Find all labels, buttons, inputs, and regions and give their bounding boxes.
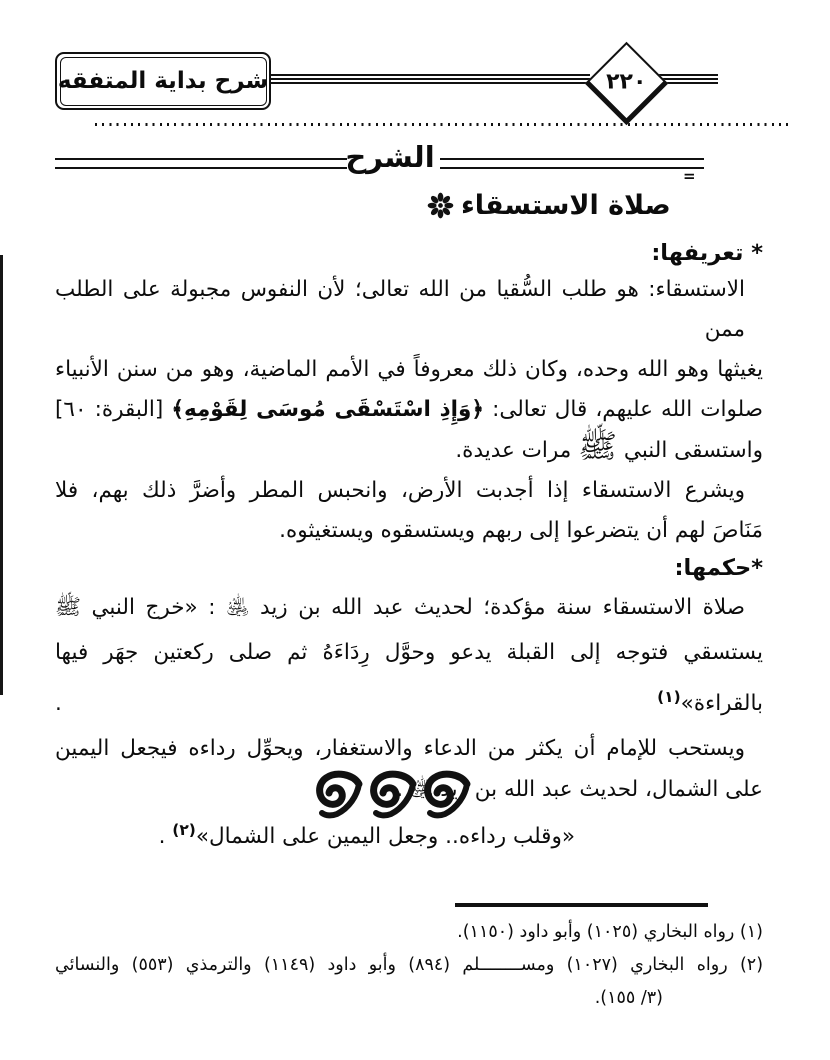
swirl-icon — [320, 774, 359, 815]
verse-reference: [البقرة: ٦٠] — [55, 397, 171, 422]
chapter-title: صلاة الاستسقاء — [461, 190, 671, 221]
text-segment: . — [55, 691, 657, 716]
hadith-text: «وقلب رداءه.. وجعل اليمين على الشمال» — [196, 824, 575, 849]
flower-icon — [427, 192, 454, 219]
text-line: صلوات الله عليهم، قال تعالى: ﴿وَإِذِ اسْ… — [55, 390, 763, 430]
text-segment: . — [159, 824, 173, 849]
text-line: الاستسقاء: هو طلب السُّقيا من الله تعالى… — [55, 270, 763, 350]
quran-verse: ﴿وَإِذِ اسْتَسْقَى مُوسَى لِقَوْمِهِ﴾ — [171, 397, 484, 422]
text-line: صلاة الاستسقاء سنة مؤكدة؛ لحديث عبد الله… — [55, 585, 763, 630]
chapter-heading: صلاة الاستسقاء — [427, 190, 671, 221]
sharh-rule-left — [55, 158, 347, 169]
saw-honorific: ﷺ — [578, 427, 617, 465]
text-line: ويستحب للإمام أن يكثر من الدعاء والاستغف… — [55, 728, 763, 769]
footnotes-block: (١) رواه البخاري (١٠٢٥) وأبو داود (١١٥٠)… — [55, 916, 763, 1015]
subheading-hukm: *حكمها: — [55, 551, 763, 585]
body-text: * تعريفها: الاستسقاء: هو طلب السُّقيا من… — [55, 236, 763, 857]
text-line: يستسقي فتوجه إلى القبلة يدعو وحوَّل رِدَ… — [55, 630, 763, 726]
text-line: واستسقى النبي ﷺ مرات عديدة. — [55, 430, 763, 471]
header-rule-left — [265, 74, 590, 84]
subheading-taarif: * تعريفها: — [55, 236, 763, 270]
footnote: (١) رواه البخاري (١٠٢٥) وأبو داود (١١٥٠)… — [55, 916, 763, 949]
footnote-continuation: (٣/ ١٥٥). — [55, 982, 763, 1015]
text-segment: صلوات الله عليهم، قال تعالى: — [484, 397, 763, 422]
text-line: مَنَاصَ لهم أن يتضرعوا إلى ربهم ويستسقوه… — [55, 511, 763, 551]
footnote-ref-marker: (٢) — [172, 821, 196, 839]
swirl-icon — [374, 774, 413, 815]
equals-mark: = — [683, 167, 696, 185]
footnote: (٢) رواه البخاري (١٠٢٧) ومســــــــلم (٨… — [55, 949, 763, 982]
page-number-diamond: ٢٢٠ — [585, 42, 668, 125]
scan-edge-artifact — [0, 255, 3, 695]
sharh-rule-right — [440, 158, 704, 169]
sharh-heading: الشرح — [340, 140, 440, 174]
text-segment: مرات عديدة. — [455, 438, 578, 463]
ornament-divider — [312, 768, 472, 824]
footnote-separator — [455, 903, 708, 907]
dotted-separator — [95, 123, 793, 126]
book-page: شرح بداية المتفقه ٢٢٠ الشرح = — [0, 0, 830, 1060]
text-segment: واستسقى النبي — [617, 438, 763, 463]
text-line: ويشرع الاستسقاء إذا أجدبت الأرض، وانحبس … — [55, 471, 763, 511]
text-line: يغيثها وهو الله وحده، وكان ذلك معروفاً ف… — [55, 350, 763, 390]
swirl-icon — [428, 774, 467, 815]
footnote-ref-marker: (١) — [657, 688, 681, 706]
page-number: ٢٢٠ — [606, 69, 646, 94]
book-title-box: شرح بداية المتفقه — [55, 52, 271, 110]
book-title: شرح بداية المتفقه — [58, 68, 268, 94]
